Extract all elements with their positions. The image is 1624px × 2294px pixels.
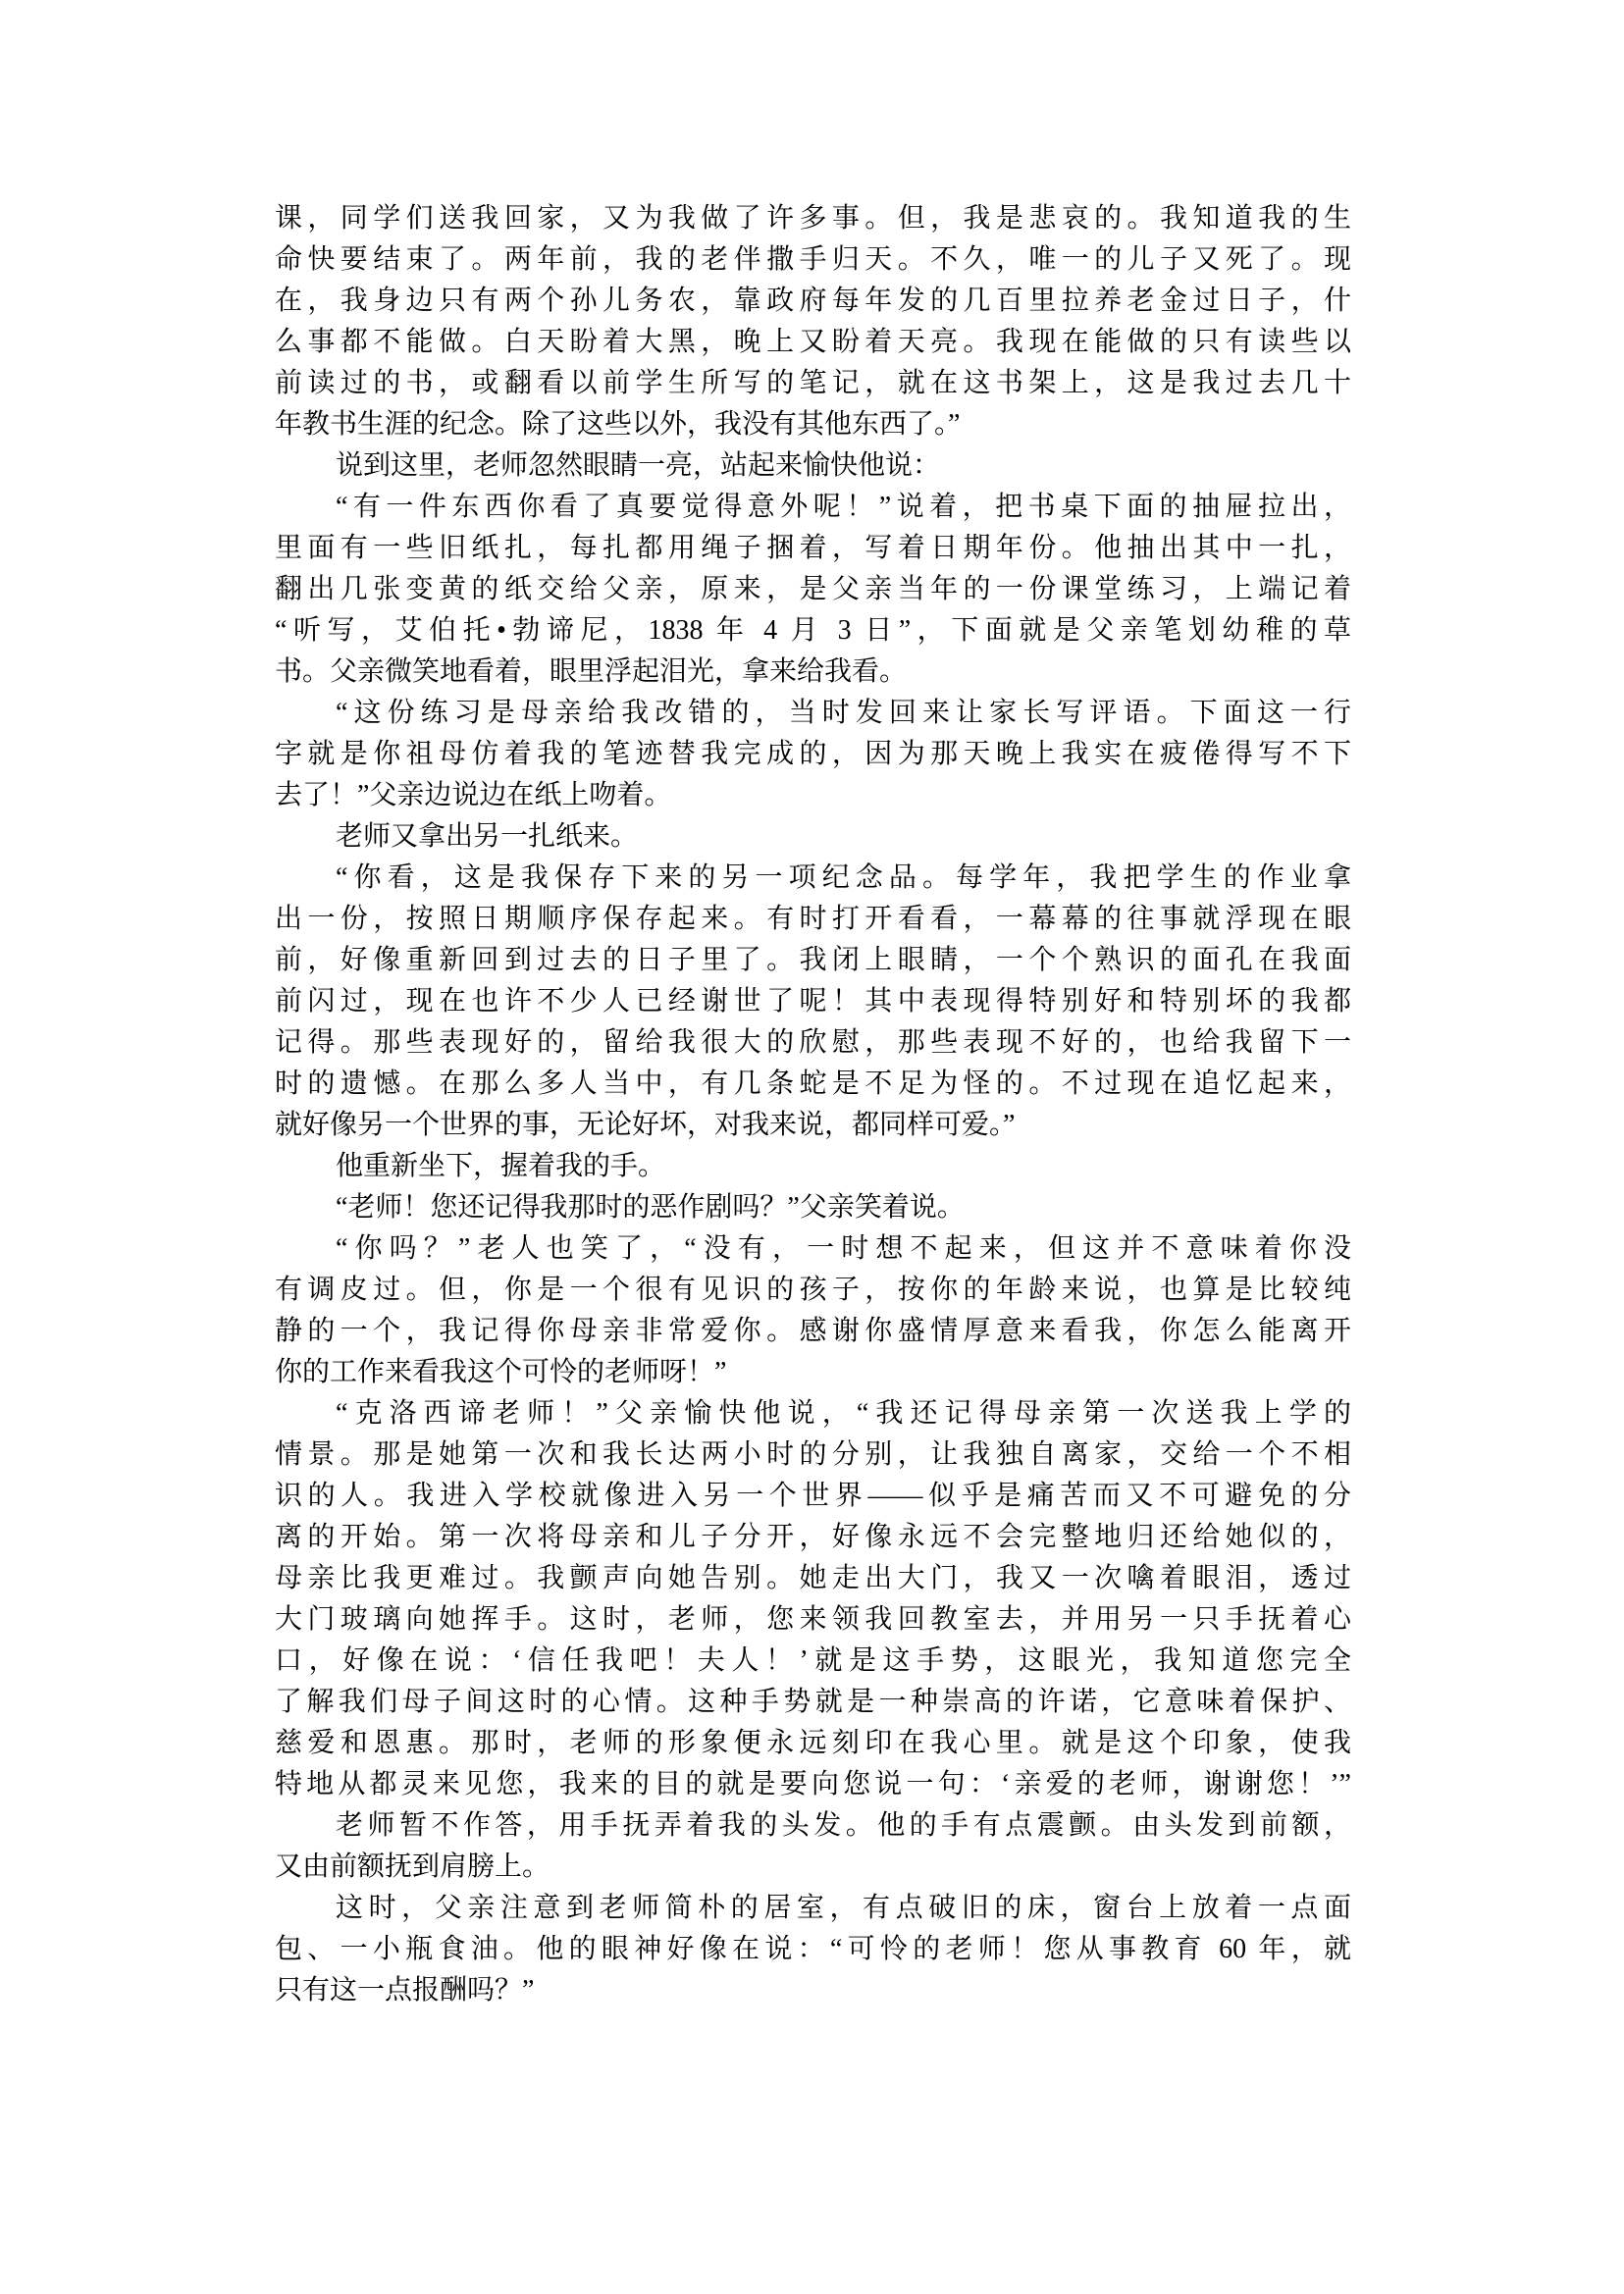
text-line: 记得。那些表现好的，留给我很大的欣慰，那些表现不好的，也给我留下一 [275,1022,1351,1064]
text-line: 去了！”父亲边说边在纸上吻着。 [275,775,1351,816]
text-line: 命快要结束了。两年前，我的老伴撒手归天。不久，唯一的儿子又死了。现 [275,239,1351,281]
text-line: 字就是你祖母仿着我的笔迹替我完成的，因为那天晚上我实在疲倦得写不下 [275,734,1351,775]
text-line: 就好像另一个世界的事，无论好坏，对我来说，都同样可爱。” [275,1105,1351,1146]
text-line: 翻出几张变黄的纸交给父亲，原来，是父亲当年的一份课堂练习，上端记着 [275,569,1351,610]
text-line: “这份练习是母亲给我改错的，当时发回来让家长写评语。下面这一行 [275,693,1351,734]
text-line: 说到这里，老师忽然眼睛一亮，站起来愉快他说： [275,445,1351,487]
text-line: 了解我们母子间这时的心情。这种手势就是一种崇高的许诺，它意味着保护、 [275,1682,1351,1723]
text-line: 出一份，按照日期顺序保存起来。有时打开看看，一幕幕的往事就浮现在眼 [275,899,1351,940]
text-line: “你看，这是我保存下来的另一项纪念品。每学年，我把学生的作业拿 [275,858,1351,899]
text-line: “老师！您还记得我那时的恶作剧吗？”父亲笑着说。 [275,1187,1351,1228]
document-page: 课，同学们送我回家，又为我做了许多事。但，我是悲哀的。我知道我的生命快要结束了。… [0,0,1624,2294]
text-line: 包、一小瓶食油。他的眼神好像在说：“可怜的老师！您从事教育 60 年，就 [275,1929,1351,1970]
text-line: “听写，艾伯托•勃谛尼，1838 年 4 月 3 日”，下面就是父亲笔划幼稚的草 [275,610,1351,652]
text-line: 识的人。我进入学校就像进入另一个世界——似乎是痛苦而又不可避免的分 [275,1476,1351,1517]
text-line: 你的工作来看我这个可怜的老师呀！” [275,1352,1351,1393]
text-line: 情景。那是她第一次和我长达两小时的分别，让我独自离家，交给一个不相 [275,1434,1351,1476]
text-line: 有调皮过。但，你是一个很有见识的孩子，按你的年龄来说，也算是比较纯 [275,1270,1351,1311]
text-line: “有一件东西你看了真要觉得意外呢！”说着，把书桌下面的抽屉拉出， [275,487,1351,528]
text-line: 么事都不能做。白天盼着大黑，晚上又盼着天亮。我现在能做的只有读些以 [275,322,1351,363]
text-body: 课，同学们送我回家，又为我做了许多事。但，我是悲哀的。我知道我的生命快要结束了。… [275,198,1351,2011]
text-line: 前读过的书，或翻看以前学生所写的笔记，就在这书架上，这是我过去几十 [275,363,1351,404]
text-line: 年教书生涯的纪念。除了这些以外，我没有其他东西了。” [275,404,1351,445]
text-line: 大门玻璃向她挥手。这时，老师，您来领我回教室去，并用另一只手抚着心 [275,1599,1351,1641]
text-line: 这时，父亲注意到老师简朴的居室，有点破旧的床，窗台上放着一点面 [275,1888,1351,1929]
text-line: 老师暂不作答，用手抚弄着我的头发。他的手有点震颤。由头发到前额， [275,1805,1351,1847]
text-line: 口，好像在说：‘信任我吧！夫人！’就是这手势，这眼光，我知道您完全 [275,1641,1351,1682]
text-line: 老师又拿出另一扎纸来。 [275,816,1351,858]
text-line: 前闪过，现在也许不少人已经谢世了呢！其中表现得特别好和特别坏的我都 [275,981,1351,1022]
text-line: 书。父亲微笑地看着，眼里浮起泪光，拿来给我看。 [275,652,1351,693]
text-line: 只有这一点报酬吗？” [275,1970,1351,2011]
text-line: 静的一个，我记得你母亲非常爱你。感谢你盛情厚意来看我，你怎么能离开 [275,1311,1351,1352]
text-line: 离的开始。第一次将母亲和儿子分开，好像永远不会完整地归还给她似的， [275,1517,1351,1558]
text-line: 特地从都灵来见您，我来的目的就是要向您说一句：‘亲爱的老师，谢谢您！’” [275,1764,1351,1805]
text-line: 慈爱和恩惠。那时，老师的形象便永远刻印在我心里。就是这个印象，使我 [275,1723,1351,1764]
text-line: 里面有一些旧纸扎，每扎都用绳子捆着，写着日期年份。他抽出其中一扎， [275,528,1351,569]
text-line: “克洛西谛老师！”父亲愉快他说，“我还记得母亲第一次送我上学的 [275,1393,1351,1434]
text-line: 又由前额抚到肩膀上。 [275,1847,1351,1888]
text-line: 母亲比我更难过。我颤声向她告别。她走出大门，我又一次噙着眼泪，透过 [275,1558,1351,1599]
text-line: 时的遗憾。在那么多人当中，有几条蛇是不足为怪的。不过现在追忆起来， [275,1064,1351,1105]
text-line: “你吗？”老人也笑了，“没有，一时想不起来，但这并不意味着你没 [275,1228,1351,1270]
text-line: 他重新坐下，握着我的手。 [275,1146,1351,1187]
text-line: 前，好像重新回到过去的日子里了。我闭上眼睛，一个个熟识的面孔在我面 [275,940,1351,981]
text-line: 课，同学们送我回家，又为我做了许多事。但，我是悲哀的。我知道我的生 [275,198,1351,239]
text-line: 在，我身边只有两个孙儿务农，靠政府每年发的几百里拉养老金过日子，什 [275,281,1351,322]
